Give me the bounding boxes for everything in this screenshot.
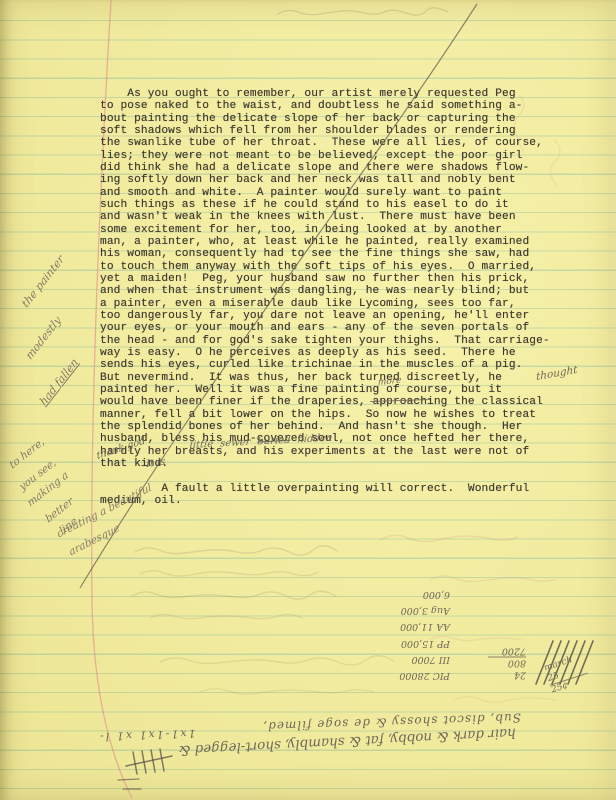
typed-line: [100, 470, 550, 482]
bleed-through-scribble: [132, 591, 336, 599]
legal-pad-page: As you ought to remember, our artist mer…: [0, 0, 616, 800]
typed-line: his woman, consequently had to see the f…: [100, 248, 550, 260]
calc-line: 800: [488, 657, 526, 670]
bleed-through-scribble: [430, 576, 556, 582]
bleed-through-scribble: [380, 535, 518, 541]
typed-line: soft shadows which fell from her shoulde…: [100, 125, 550, 137]
typed-line: But nevermind. It was thus, her back tur…: [100, 372, 550, 384]
corner-dash-marks: [118, 779, 141, 789]
bleed-through-scribble: [160, 656, 394, 665]
typed-line: the swanlike tube of her throat. These w…: [100, 137, 550, 149]
march-note-block: march 25 25¢: [543, 652, 592, 697]
typed-line: the splendid bones of her behind. And ha…: [100, 421, 550, 433]
typed-line: such things as these if he could stand t…: [100, 199, 550, 211]
typed-line: ing softly down her back and her neck wa…: [100, 174, 550, 186]
typed-line: manner, fell a bit lower on the hips. So…: [100, 409, 550, 421]
typed-line: your eyes, or your mouth and ears - any …: [100, 322, 550, 334]
typed-line: hardly her breasts, and his experiments …: [100, 446, 550, 458]
bleed-through-scribble: [200, 689, 374, 694]
flipped-tick-marks: 1x1-1x1 x1 l-: [98, 727, 196, 742]
typed-line: and when that instrument was dangling, h…: [100, 285, 550, 297]
insertion-word: hidden: [297, 433, 333, 446]
insertion-word: sewer: [220, 437, 251, 450]
flipped-calc-block: 24 800 7200: [488, 645, 526, 681]
typed-line: bout painting the delicate slope of her …: [100, 113, 550, 125]
typed-line: to touch them anyway with the soft tips …: [100, 261, 550, 273]
flipped-number-line: PIC 28000: [380, 667, 450, 683]
typed-line: to pose naked to the waist, and doubtles…: [100, 100, 550, 112]
typed-line: did think she had a delicate slope and t…: [100, 162, 550, 174]
flipped-number-line: 6,000: [380, 586, 450, 602]
typed-line: would have been finer if the draperies, …: [100, 396, 550, 408]
typed-line: man, a painter, who, at least while he p…: [100, 236, 550, 248]
bleed-through-scribble: [550, 140, 560, 186]
typed-line: some excitement for her, too, in being l…: [100, 224, 550, 236]
typed-line: A fault a little overpainting will corre…: [100, 483, 550, 495]
flipped-numbers-column: PIC 28000III 7000PP 15,000AA 11,000Aug 3…: [380, 586, 450, 683]
typed-line: sends his eyes, curled like trichinae in…: [100, 359, 550, 371]
typed-line: and wasn't weak in the knees with lust. …: [100, 211, 550, 223]
flipped-number-line: PP 15,000: [380, 635, 450, 651]
margin-note: had fallen: [38, 356, 80, 408]
typed-line: painted her. Well it was a fine painting…: [100, 384, 550, 396]
typed-line: way is easy. O he perceives as deeply as…: [100, 347, 550, 359]
flipped-number-line: III 7000: [380, 651, 450, 667]
typed-line: the head - and for god's sake tighten yo…: [100, 335, 550, 347]
typed-line: a painter, even a miserable daub like Ly…: [100, 298, 550, 310]
typed-line: As you ought to remember, our artist mer…: [100, 88, 550, 100]
flipped-number-line: Aug 3,000: [380, 602, 450, 618]
insertion-word: little: [189, 439, 213, 451]
typed-line: yet a maiden! Peg, your husband saw no f…: [100, 273, 550, 285]
bleed-through-scribble: [135, 546, 337, 555]
tighten-insert-mark: ”: [344, 328, 349, 337]
typed-line: medium, oil.: [100, 495, 550, 507]
bleed-through-scribble: [140, 571, 318, 576]
bleed-through-scribble: [455, 697, 557, 702]
typed-line: and smooth and white. A painter would su…: [100, 187, 550, 199]
calc-line: 7200: [488, 645, 526, 657]
insertion-word-struck: buried: [257, 435, 291, 448]
bleed-through-scribble: [150, 614, 302, 618]
margin-note: the painter: [20, 253, 66, 310]
typed-line: lies; they were not meant to be believed…: [100, 150, 550, 162]
typed-line: that kind.: [100, 458, 550, 470]
margin-note: modestly: [24, 314, 63, 362]
flipped-number-line: AA 11,000: [380, 618, 450, 634]
typed-line: too dangerously far, you dare not leave …: [100, 310, 550, 322]
bleed-through-scribble: [278, 8, 448, 15]
calc-line: 24: [488, 669, 526, 681]
